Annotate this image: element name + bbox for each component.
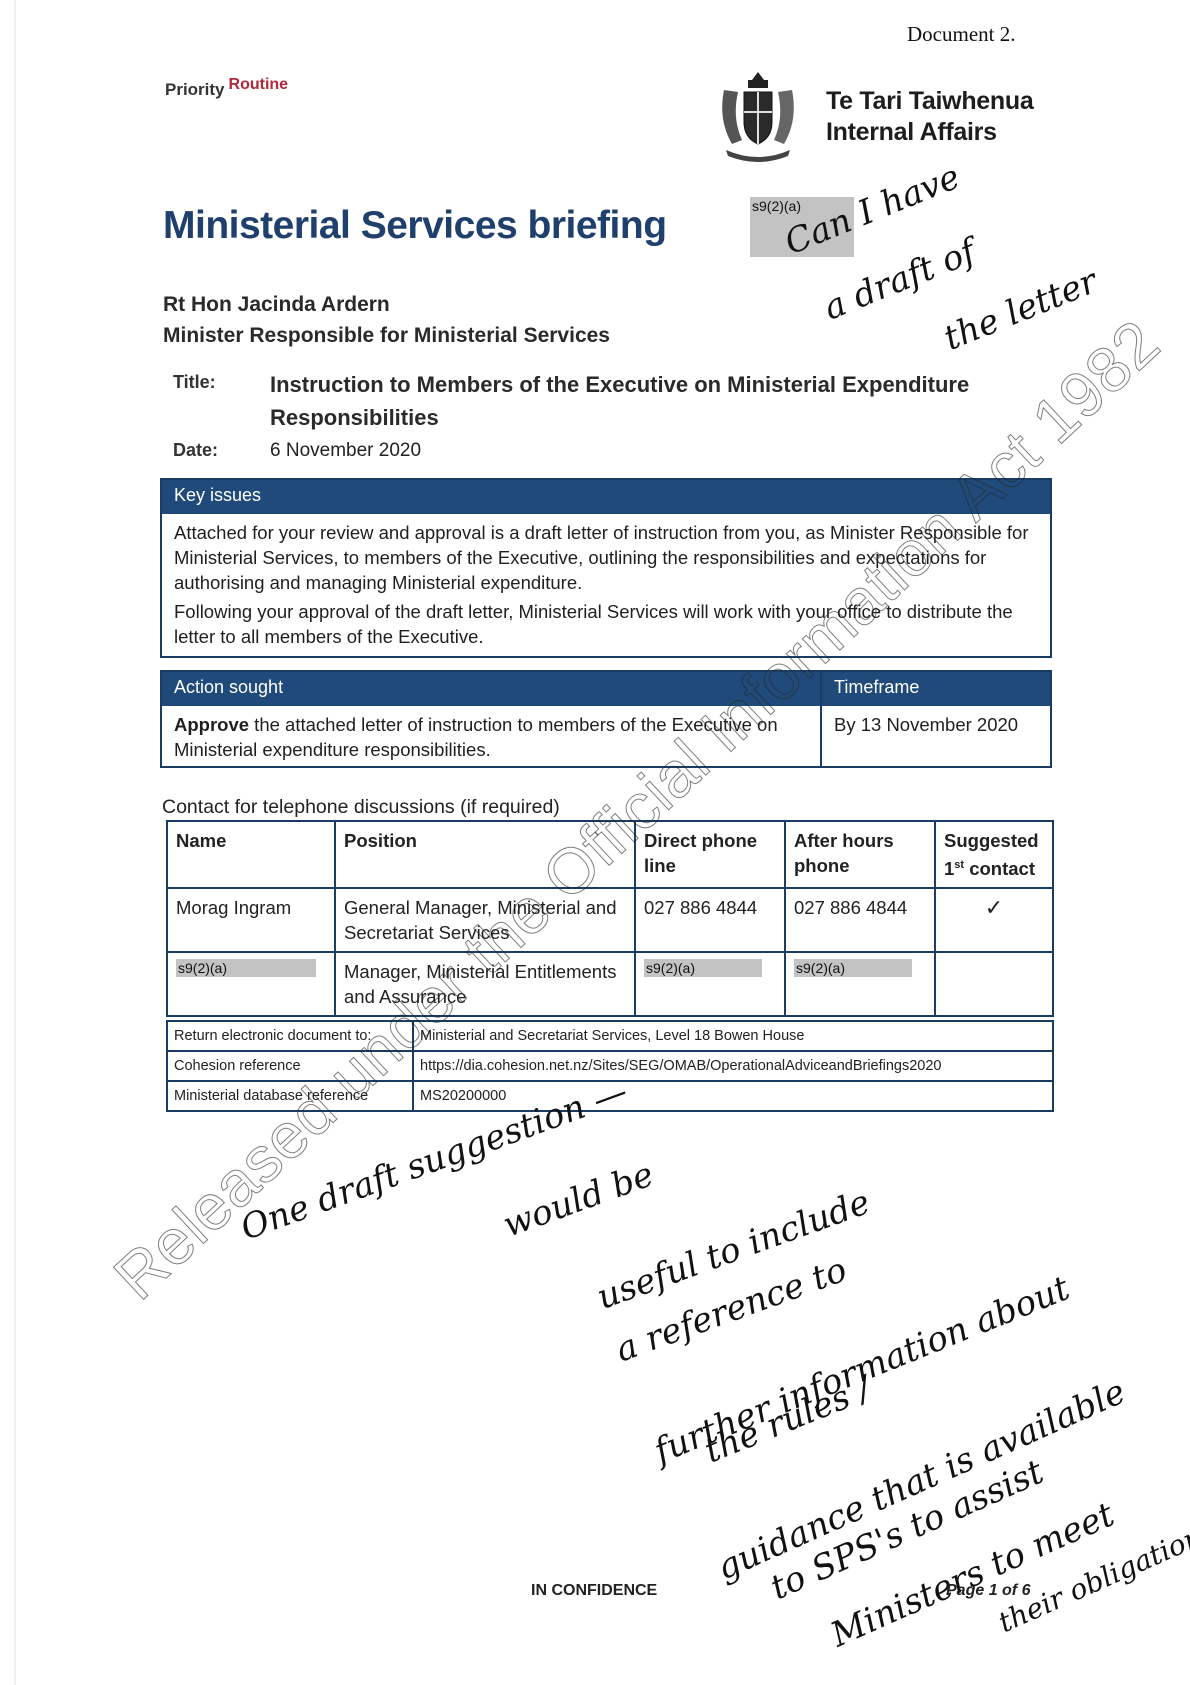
date-label: Date:: [173, 440, 218, 461]
contact-name: s9(2)(a): [167, 952, 335, 1016]
recipient-role: Minister Responsible for Ministerial Ser…: [163, 320, 610, 351]
contact-name: Morag Ingram: [167, 888, 335, 952]
redaction-box: s9(2)(a): [176, 959, 316, 977]
recipient-name: Rt Hon Jacinda Ardern: [163, 289, 610, 320]
scan-edge: [14, 0, 16, 1685]
timeframe-value: By 13 November 2020: [822, 706, 1050, 743]
briefing-date: 6 November 2020: [270, 440, 421, 462]
recipient: Rt Hon Jacinda Ardern Minister Responsib…: [163, 289, 610, 351]
handwritten-note-line: would be: [498, 1154, 659, 1245]
column-header-name: Name: [167, 821, 335, 888]
redaction-box: s9(2)(a): [794, 959, 912, 977]
action-sought-box: Action sought Approve the attached lette…: [160, 670, 1052, 768]
organisation-name: Te Tari Taiwhenua Internal Affairs: [826, 86, 1033, 148]
table-row: Return electronic document to: Ministeri…: [167, 1021, 1053, 1051]
priority-value: Routine: [229, 76, 289, 93]
contact-suggested: [935, 952, 1053, 1016]
classification-label: IN CONFIDENCE: [531, 1582, 657, 1600]
page-number: Page 1 of 6: [946, 1582, 1030, 1600]
reference-value: MS20200000: [413, 1081, 1053, 1111]
page-title: Ministerial Services briefing: [163, 204, 667, 248]
table-row: s9(2)(a) Manager, Ministerial Entitlemen…: [167, 952, 1053, 1016]
action-verb: Approve: [174, 714, 249, 735]
column-header-after-hours: After hours phone: [785, 821, 935, 888]
contact-direct-phone: s9(2)(a): [635, 952, 785, 1016]
timeframe-column: Timeframe By 13 November 2020: [822, 672, 1050, 766]
table-row: Morag Ingram General Manager, Ministeria…: [167, 888, 1053, 952]
column-header-suggested: Suggested1st contact: [935, 821, 1053, 888]
document-label: Document 2.: [907, 22, 1015, 47]
organisation-name-maori: Te Tari Taiwhenua: [826, 86, 1033, 117]
briefing-subject: Instruction to Members of the Executive …: [270, 368, 1030, 434]
contacts-caption: Contact for telephone discussions (if re…: [162, 796, 560, 819]
redaction-box: s9(2)(a): [644, 959, 762, 977]
contact-direct-phone: 027 886 4844: [635, 888, 785, 952]
title-label: Title:: [173, 372, 216, 393]
reference-link[interactable]: https://dia.cohesion.net.nz/Sites/SEG/OM…: [413, 1051, 1053, 1081]
organisation-name-english: Internal Affairs: [826, 117, 1033, 148]
nz-coat-of-arms-icon: [716, 68, 800, 164]
contact-after-hours: s9(2)(a): [785, 952, 935, 1016]
check-icon: ✓: [935, 888, 1053, 952]
priority-label: Priority: [165, 80, 225, 99]
reference-value: Ministerial and Secretariat Services, Le…: [413, 1021, 1053, 1051]
timeframe-heading: Timeframe: [822, 672, 1050, 706]
priority: PriorityRoutine: [165, 80, 288, 100]
contact-after-hours: 027 886 4844: [785, 888, 935, 952]
